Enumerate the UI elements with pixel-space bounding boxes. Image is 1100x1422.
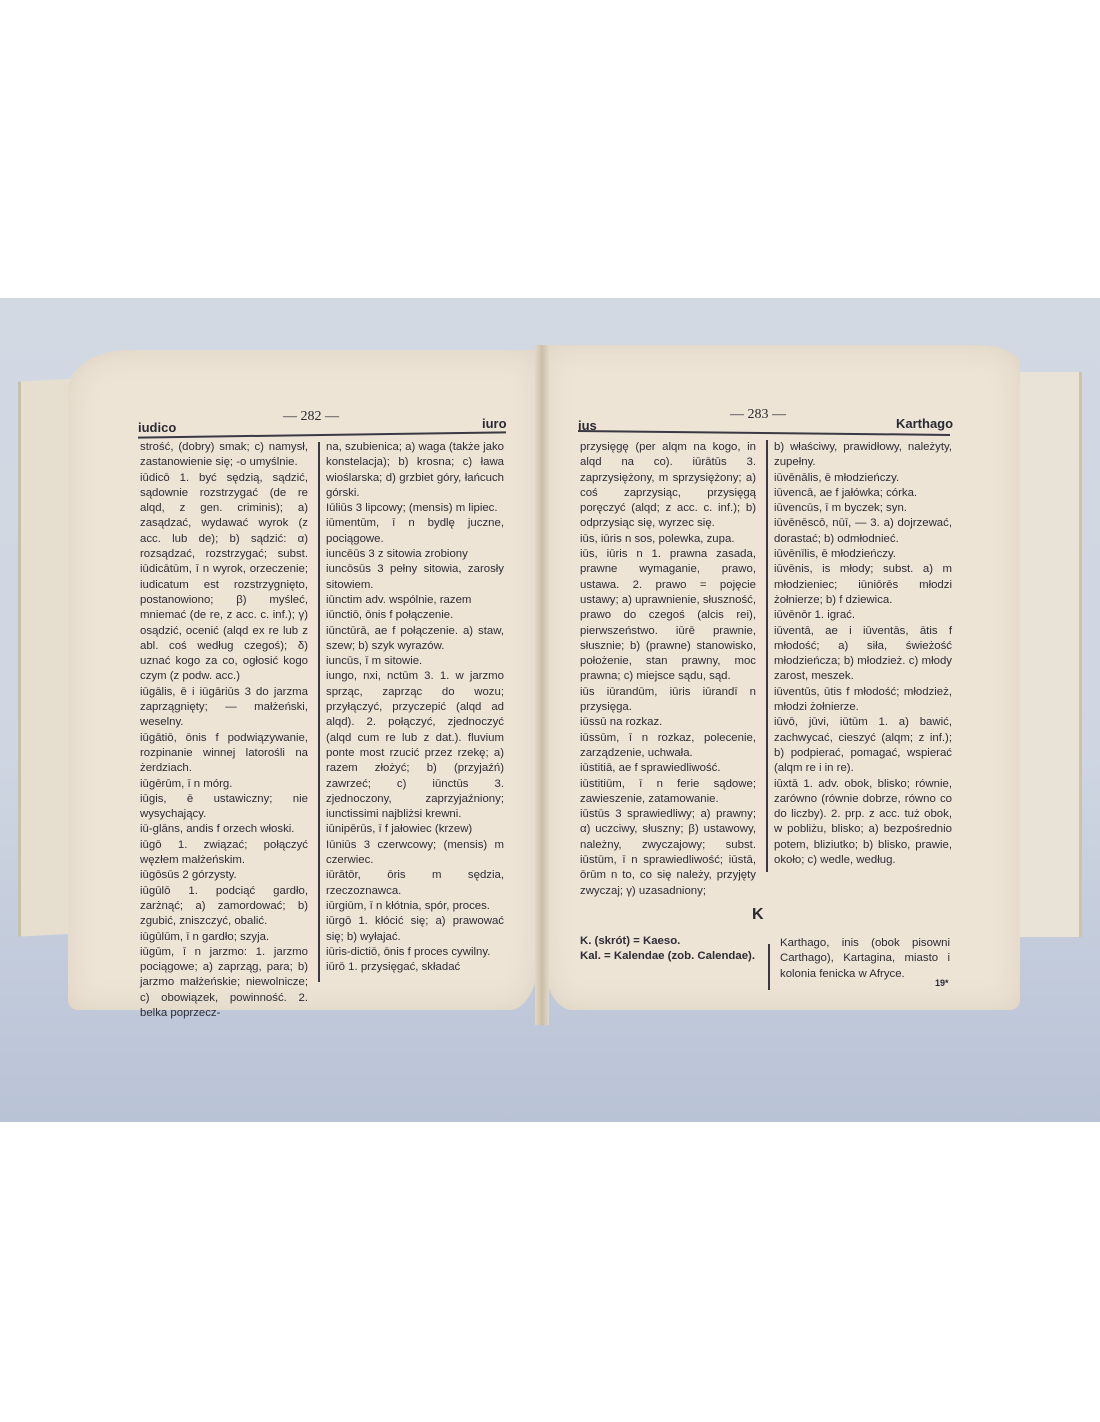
dictionary-entry: iūstitiā, ae f sprawiedliwość.	[580, 761, 756, 776]
left-header-guide-word-end: iuro	[482, 416, 507, 431]
dictionary-entry: iūvēnōr 1. igrać.	[774, 608, 952, 623]
dictionary-entry: iūvēnēscō, nūī, — 3. a) dojrzewać, doras…	[774, 516, 952, 547]
right-page-column-2: b) właściwy, prawidłowy, należyty, zupeł…	[774, 440, 952, 868]
dictionary-entry: iūssūm, ī n rozkaz, polecenie, zarządzen…	[580, 731, 756, 762]
dictionary-entry: iūvencā, ae f jałówka; córka.	[774, 486, 952, 501]
dictionary-entry: iūgūlūm, ī n gardło; szyja.	[140, 930, 308, 945]
left-page-column-1: strość, (dobry) smak; c) namysł, zastano…	[140, 440, 308, 1021]
dictionary-entry: iūs, iūris n 1. prawna zasada, prawne wy…	[580, 547, 756, 685]
dictionary-entry: b) właściwy, prawidłowy, należyty, zupeł…	[774, 440, 952, 471]
dictionary-entry: iūgūlō 1. podciąć gardło, zarżnąć; a) za…	[140, 884, 308, 930]
dictionary-entry: iungo, nxi, nctūm 3. 1. w jarzmo sprząc,…	[326, 669, 504, 822]
dictionary-entry: iūs, iūris n sos, polewka, zupa.	[580, 532, 756, 547]
left-header-guide-word: iudico	[138, 420, 176, 435]
dictionary-entry: iūssū na rozkaz.	[580, 715, 756, 730]
column-divider	[768, 944, 770, 990]
dictionary-entry: iūstūs 3 sprawiedliwy; a) prawny; α) ucz…	[580, 807, 756, 899]
right-page-number: — 283 —	[730, 407, 786, 423]
dictionary-entry: iūvēnis, is młody; subst. a) m młodzieni…	[774, 562, 952, 608]
left-page-column-2: na, szubienica; a) waga (także jako kons…	[326, 440, 504, 975]
right-header-guide-word-end: Karthago	[896, 416, 953, 431]
dictionary-entry: iūgātiō, ōnis f podwiązywanie, rozpinani…	[140, 731, 308, 777]
dictionary-entry: iūgālis, ē i iūgāriūs 3 do jarzma zaprzą…	[140, 685, 308, 731]
dictionary-entry: iuncūs, ī m sitowie.	[326, 654, 504, 669]
section-k-column-1: K. (skrót) = Kaeso. Kal. = Kalendae (zob…	[580, 934, 760, 965]
printer-signature-mark: 19*	[935, 978, 949, 988]
dictionary-entry: iūnctim adv. wspólnie, razem	[326, 593, 504, 608]
dictionary-entry: Iūniūs 3 czerwcowy; (mensis) m czerwiec.	[326, 838, 504, 869]
dictionary-entry: iūris-dictiō, ōnis f proces cywilny.	[326, 945, 504, 960]
dictionary-entry: iūmentūm, ī n bydlę juczne, pociągowe.	[326, 516, 504, 547]
dictionary-entry: przysięgę (per alqm na kogo, in alqd na …	[580, 440, 756, 532]
dictionary-entry: iūs iūrandūm, iūris iūrandī n przysięga.	[580, 685, 756, 716]
dictionary-entry: iūrātōr, ōris m sędzia, rzeczoznawca.	[326, 868, 504, 899]
dictionary-entry: iūrō 1. przysięgać, składać	[326, 960, 504, 975]
dictionary-entry: iūvō, jūvi, iūtūm 1. a) bawić, zachwycać…	[774, 715, 952, 776]
book-cover-right	[1019, 372, 1082, 937]
dictionary-entry: iūgō 1. związać; połączyć węzłem małżeńs…	[140, 838, 308, 869]
dictionary-entry: iūgis, ē ustawiczny; nie wysychający.	[140, 792, 308, 823]
dictionary-entry: iūrgō 1. kłócić się; a) prawować się; b)…	[326, 914, 504, 945]
dictionary-entry: Karthago, inis (obok pisowni Carthago), …	[780, 936, 950, 982]
dictionary-entry: na, szubienica; a) waga (także jako kons…	[326, 440, 504, 501]
section-k-column-2: Karthago, inis (obok pisowni Carthago), …	[780, 936, 950, 982]
dictionary-entry: iūvencūs, ī m byczek; syn.	[774, 501, 952, 516]
dictionary-entry: Kal. = Kalendae (zob. Calendae).	[580, 949, 760, 964]
dictionary-entry: iūgōsūs 2 górzysty.	[140, 868, 308, 883]
dictionary-entry: iūvēnīlis, ē młodzieńczy.	[774, 547, 952, 562]
dictionary-entry: iūnipērūs, ī f jałowiec (krzew)	[326, 822, 504, 837]
dictionary-entry: iūdicō 1. być sędzią, sądzić, sądownie r…	[140, 471, 308, 685]
right-page-column-1: przysięgę (per alqm na kogo, in alqd na …	[580, 440, 756, 899]
dictionary-entry: iūventūs, ūtis f młodość; młodzież, młod…	[774, 685, 952, 716]
column-divider	[318, 442, 320, 982]
section-letter-heading: K	[752, 906, 764, 924]
dictionary-entry: strość, (dobry) smak; c) namysł, zastano…	[140, 440, 308, 471]
dictionary-entry: Iūliūs 3 lipcowy; (mensis) m lipiec.	[326, 501, 504, 516]
dictionary-entry: K. (skrót) = Kaeso.	[580, 934, 760, 949]
column-divider	[766, 440, 768, 872]
dictionary-entry: iūstitiūm, ī n ferie sądowe; zawieszenie…	[580, 777, 756, 808]
dictionary-entry: iū-glāns, andis f orzech włoski.	[140, 822, 308, 837]
dictionary-entry: iūrgiūm, ī n kłótnia, spór, proces.	[326, 899, 504, 914]
dictionary-entry: iuncēūs 3 z sitowia zrobiony	[326, 547, 504, 562]
dictionary-entry: iūgērūm, ī n mórg.	[140, 777, 308, 792]
dictionary-entry: iūxtā 1. adv. obok, blisko; równie, zaró…	[774, 777, 952, 869]
dictionary-entry: iūnctūrā, ae f połączenie. a) staw, szew…	[326, 624, 504, 655]
dictionary-entry: iūventā, ae i iūventās, ātis f młodość; …	[774, 624, 952, 685]
dictionary-entry: iuncōsūs 3 pełny sitowia, zarosły sitowi…	[326, 562, 504, 593]
book-gutter	[535, 345, 549, 1025]
left-page-number: — 282 —	[283, 409, 339, 425]
dictionary-entry: iūnctiō, ōnis f połączenie.	[326, 608, 504, 623]
dictionary-entry: iūgūm, ī n jarzmo: 1. jarzmo pociągowe; …	[140, 945, 308, 1021]
dictionary-entry: iūvēnālis, ē młodzieńczy.	[774, 471, 952, 486]
